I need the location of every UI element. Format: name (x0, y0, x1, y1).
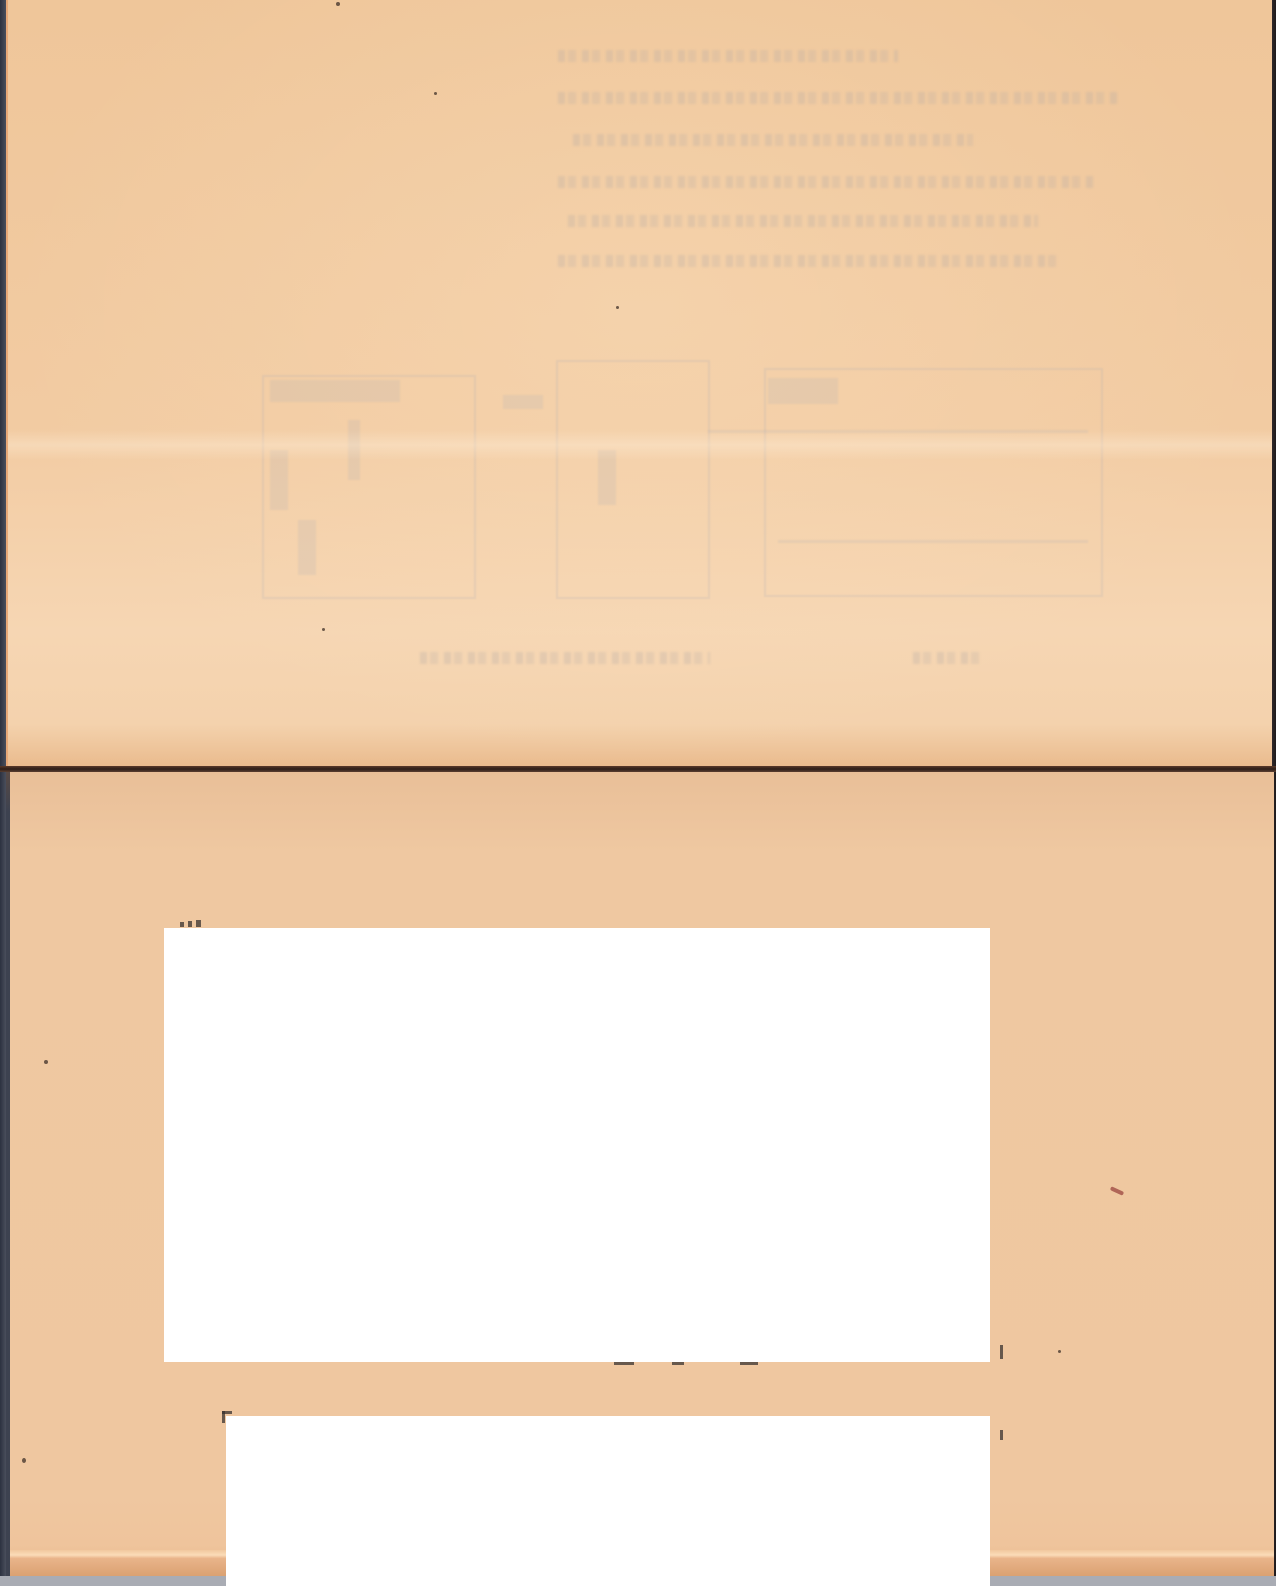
diagram-element (270, 450, 288, 510)
show-through-caption (420, 652, 710, 664)
show-through-text-line (558, 92, 1118, 104)
scanned-page-spread: faint show-through of printed text lines… (0, 0, 1276, 1586)
text-fragment (180, 922, 184, 927)
show-through-text-line (558, 176, 1093, 188)
paper-speck (336, 2, 340, 6)
show-through-caption (913, 652, 983, 664)
diagram-element (598, 450, 616, 505)
paper-speck (1058, 1350, 1061, 1353)
text-fragment (222, 1411, 232, 1414)
paper-speck (322, 628, 325, 631)
paper-speck (22, 1458, 26, 1463)
text-fragment (740, 1362, 758, 1365)
paper-speck (44, 1060, 48, 1064)
show-through-text-line (573, 134, 973, 146)
diagram-element (708, 430, 1088, 433)
text-fragment (1000, 1345, 1003, 1359)
show-through-text-line (558, 50, 898, 62)
text-fragment (188, 921, 192, 927)
diagram-element (778, 540, 1088, 543)
upper-page-description: faint show-through of printed text lines… (8, 0, 9, 1)
text-fragment (672, 1362, 684, 1365)
diagram-element (348, 420, 360, 480)
paper-speck (434, 92, 437, 95)
diagram-element (503, 395, 543, 409)
diagram-frame-middle (556, 360, 710, 599)
text-fragment (1000, 1430, 1003, 1440)
lower-page-description: printed text obscured by white redaction… (10, 772, 11, 773)
text-fragment (196, 920, 201, 927)
redaction-block-1 (164, 928, 990, 1362)
show-through-text-line (558, 255, 1058, 267)
redaction-block-2 (226, 1416, 990, 1586)
diagram-element (768, 378, 838, 404)
text-fragment (614, 1362, 634, 1365)
diagram-frame-left (262, 375, 476, 599)
show-through-text-line (568, 215, 1038, 227)
upper-page: faint show-through of printed text lines… (6, 0, 1272, 770)
diagram-element (298, 520, 316, 575)
diagram-element (270, 380, 400, 402)
paper-speck (616, 306, 619, 309)
